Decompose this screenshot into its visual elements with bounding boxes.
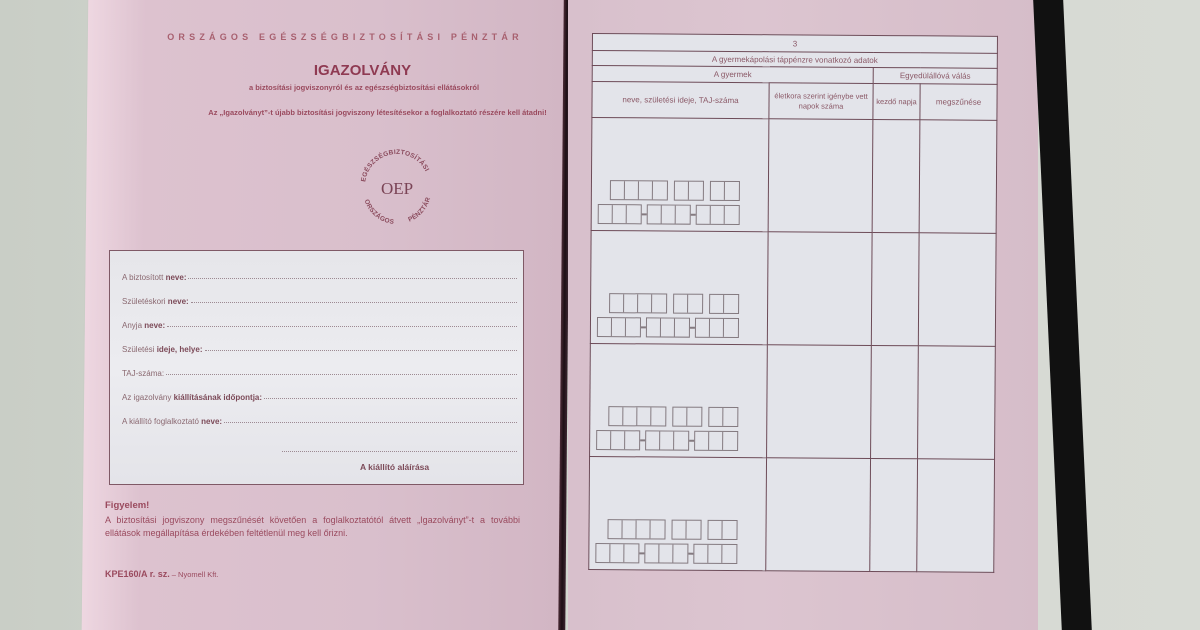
digit-box-group [610,180,668,200]
start-date-cell[interactable] [872,119,920,232]
form-field-issue-date[interactable]: Az igazolvány kiállításának időpontja: [122,388,517,402]
digit-box[interactable] [686,521,700,539]
digit-box[interactable] [626,318,640,336]
digit-box-group [695,318,739,338]
warning-text: A biztosítási jogviszony megszűnését köv… [105,514,520,540]
digit-box[interactable] [709,408,723,426]
digit-box[interactable] [710,319,724,337]
signature-line[interactable] [282,451,517,452]
digit-box[interactable] [652,294,666,312]
digit-box-group [647,204,691,224]
svg-text:ORSZÁGOS: ORSZÁGOS [363,199,395,226]
group-header-child: A gyermek [592,66,873,84]
start-date-cell[interactable] [871,345,919,458]
days-cell[interactable] [766,458,871,572]
fill-line [188,278,517,279]
column-header-name: neve, születési ideje, TAJ-száma [592,82,769,119]
digit-box-group [609,293,667,313]
child-id-cell[interactable] [591,118,769,232]
stamp-center-text: OEP [381,179,413,198]
digit-box[interactable] [674,295,688,313]
digit-box-group [644,543,688,563]
digit-box-group [595,543,639,563]
end-date-cell[interactable] [917,459,995,573]
child-id-cell[interactable] [590,230,768,344]
digit-box[interactable] [646,431,660,449]
form-field-employer-name[interactable]: A kiállító foglalkoztató neve: [122,412,517,426]
digit-box[interactable] [659,544,673,562]
digit-box-group [596,430,640,450]
digit-box[interactable] [673,545,687,563]
signature-label: A kiállító aláírása [360,462,429,472]
fill-line [191,302,517,303]
digit-box[interactable] [625,431,639,449]
digit-box[interactable] [723,432,737,450]
digit-box[interactable] [651,407,665,425]
end-date-cell[interactable] [918,233,996,347]
birth-date-boxes [598,180,768,201]
digit-box[interactable] [662,205,676,223]
digit-box-group [696,205,740,225]
digit-box[interactable] [597,431,611,449]
printer-name: – Nyomell Kft. [170,570,219,579]
table-row [589,456,995,572]
digit-box[interactable] [725,182,739,200]
digit-box-group [645,430,689,450]
digit-box[interactable] [648,205,662,223]
fill-line [166,374,517,375]
taj-number-boxes [597,317,767,338]
left-page: ORSZÁGOS EGÉSZSÉGBIZTOSÍTÁSI PÉNZTÁR IGA… [82,0,569,630]
form-field-insured-name[interactable]: A biztosított neve: [122,268,517,282]
digit-box[interactable] [622,520,636,538]
digit-box[interactable] [724,319,738,337]
digit-box-group [607,519,665,539]
days-cell[interactable] [767,232,872,346]
form-field-birth-name[interactable]: Születéskori neve: [122,292,517,306]
digit-box[interactable] [697,206,711,224]
column-header-end: megszűnése [920,84,997,121]
digit-box[interactable] [672,521,686,539]
organization-name: ORSZÁGOS EGÉSZSÉGBIZTOSÍTÁSI PÉNZTÁR [85,32,565,42]
birth-date-boxes [595,519,765,540]
digit-box[interactable] [612,318,626,336]
digit-box-group [671,520,701,540]
taj-number-boxes [598,204,768,225]
fill-line [224,422,517,423]
days-cell[interactable] [767,345,872,459]
child-id-cell[interactable] [590,343,768,457]
digit-box[interactable] [695,432,709,450]
svg-text:PÉNZTÁR: PÉNZTÁR [407,196,432,223]
digit-box-group [674,181,704,201]
digit-box[interactable] [711,182,725,200]
end-date-cell[interactable] [918,346,996,460]
digit-box-group [598,204,642,224]
digit-box[interactable] [638,294,652,312]
form-field-mother-name[interactable]: Anyja neve: [122,316,517,330]
digit-box[interactable] [688,295,702,313]
digit-box[interactable] [624,544,638,562]
digit-box[interactable] [610,544,624,562]
start-date-cell[interactable] [871,232,919,345]
digit-box[interactable] [674,432,688,450]
digit-box-group [710,181,740,201]
digit-box[interactable] [711,206,725,224]
fill-line [264,398,517,399]
digit-box[interactable] [675,319,689,337]
days-cell[interactable] [768,119,873,233]
table-row [591,118,997,234]
table-row [590,230,996,346]
digit-box[interactable] [694,545,708,563]
digit-box[interactable] [599,205,613,223]
right-page: 3 A gyermekápolási táppénzre vonatkozó a… [568,0,1038,630]
taj-number-boxes [596,430,766,451]
digit-box-group [709,294,739,314]
digit-box[interactable] [689,182,703,200]
form-code: KPE160/A r. sz. – Nyomell Kft. [105,569,218,579]
digit-box[interactable] [708,545,722,563]
document-title: IGAZOLVÁNY [85,62,565,79]
digit-box-group [646,317,690,337]
digit-box[interactable] [661,318,675,336]
digit-box[interactable] [613,205,627,223]
digit-box-group [673,294,703,314]
digit-box-group [707,520,737,540]
digit-box[interactable] [611,181,625,199]
booklet-photo: ORSZÁGOS EGÉSZSÉGBIZTOSÍTÁSI PÉNZTÁR IGA… [0,0,1200,630]
digit-box[interactable] [709,432,723,450]
digit-box[interactable] [609,407,623,425]
document-subtitle: a biztosítási jogviszonyról és az egészs… [85,83,565,92]
digit-box[interactable] [722,545,736,563]
column-header-days: életkora szerint igénybe vett napok szám… [769,83,873,120]
digit-box[interactable] [647,318,661,336]
digit-box-group [694,431,738,451]
digit-box[interactable] [710,295,724,313]
digit-box[interactable] [610,294,624,312]
digit-box[interactable] [611,431,625,449]
digit-box[interactable] [627,205,641,223]
fill-line [167,326,517,327]
group-header-single-parent: Egyedülállóvá válás [873,67,997,84]
digit-box[interactable] [676,206,690,224]
digit-box[interactable] [639,181,653,199]
digit-box[interactable] [636,520,650,538]
digit-box[interactable] [696,319,710,337]
digit-box-group [708,407,738,427]
personal-data-form: A biztosított neve: Születéskori neve: A… [109,250,524,485]
digit-box[interactable] [724,295,738,313]
form-field-birth-date-place[interactable]: Születési ideje, helye: [122,340,517,354]
digit-box[interactable] [722,521,736,539]
digit-box[interactable] [653,181,667,199]
digit-box-group [693,544,737,564]
taj-number-boxes [595,543,765,564]
digit-box[interactable] [624,294,638,312]
digit-box[interactable] [723,408,737,426]
start-date-cell[interactable] [870,458,918,571]
form-field-taj-number[interactable]: TAJ-száma: [122,364,517,378]
child-id-cell[interactable] [589,456,767,570]
warning-title: Figyelem! [105,500,149,511]
digit-box[interactable] [645,544,659,562]
digit-box[interactable] [596,544,610,562]
digit-box[interactable] [608,520,622,538]
column-header-row: neve, születési ideje, TAJ-száma életkor… [592,82,997,121]
digit-box[interactable] [725,206,739,224]
table-row [590,343,996,459]
digit-box-group [608,406,666,426]
digit-box-group [597,317,641,337]
digit-box[interactable] [673,408,687,426]
digit-box[interactable] [625,181,639,199]
child-care-sick-pay-table: 3 A gyermekápolási táppénzre vonatkozó a… [588,33,998,573]
document-note: Az „Igazolványt”-t újabb biztosítási jog… [205,107,550,118]
birth-date-boxes [596,406,766,427]
digit-box[interactable] [708,521,722,539]
digit-box[interactable] [637,407,651,425]
digit-box[interactable] [687,408,701,426]
digit-box[interactable] [660,431,674,449]
digit-box-group [672,407,702,427]
end-date-cell[interactable] [919,120,997,234]
oep-stamp-icon: EGÉSZSÉGBIZTOSÍTÁSI ORSZÁGOS PÉNZTÁR OEP [345,144,449,226]
svg-text:EGÉSZSÉGBIZTOSÍTÁSI: EGÉSZSÉGBIZTOSÍTÁSI [360,149,430,182]
digit-box[interactable] [675,182,689,200]
page-shadow [1033,0,1092,630]
digit-box[interactable] [623,407,637,425]
column-header-start: kezdő napja [873,83,920,119]
fill-line [205,350,518,351]
digit-box[interactable] [598,318,612,336]
birth-date-boxes [597,293,767,314]
digit-box[interactable] [650,520,664,538]
